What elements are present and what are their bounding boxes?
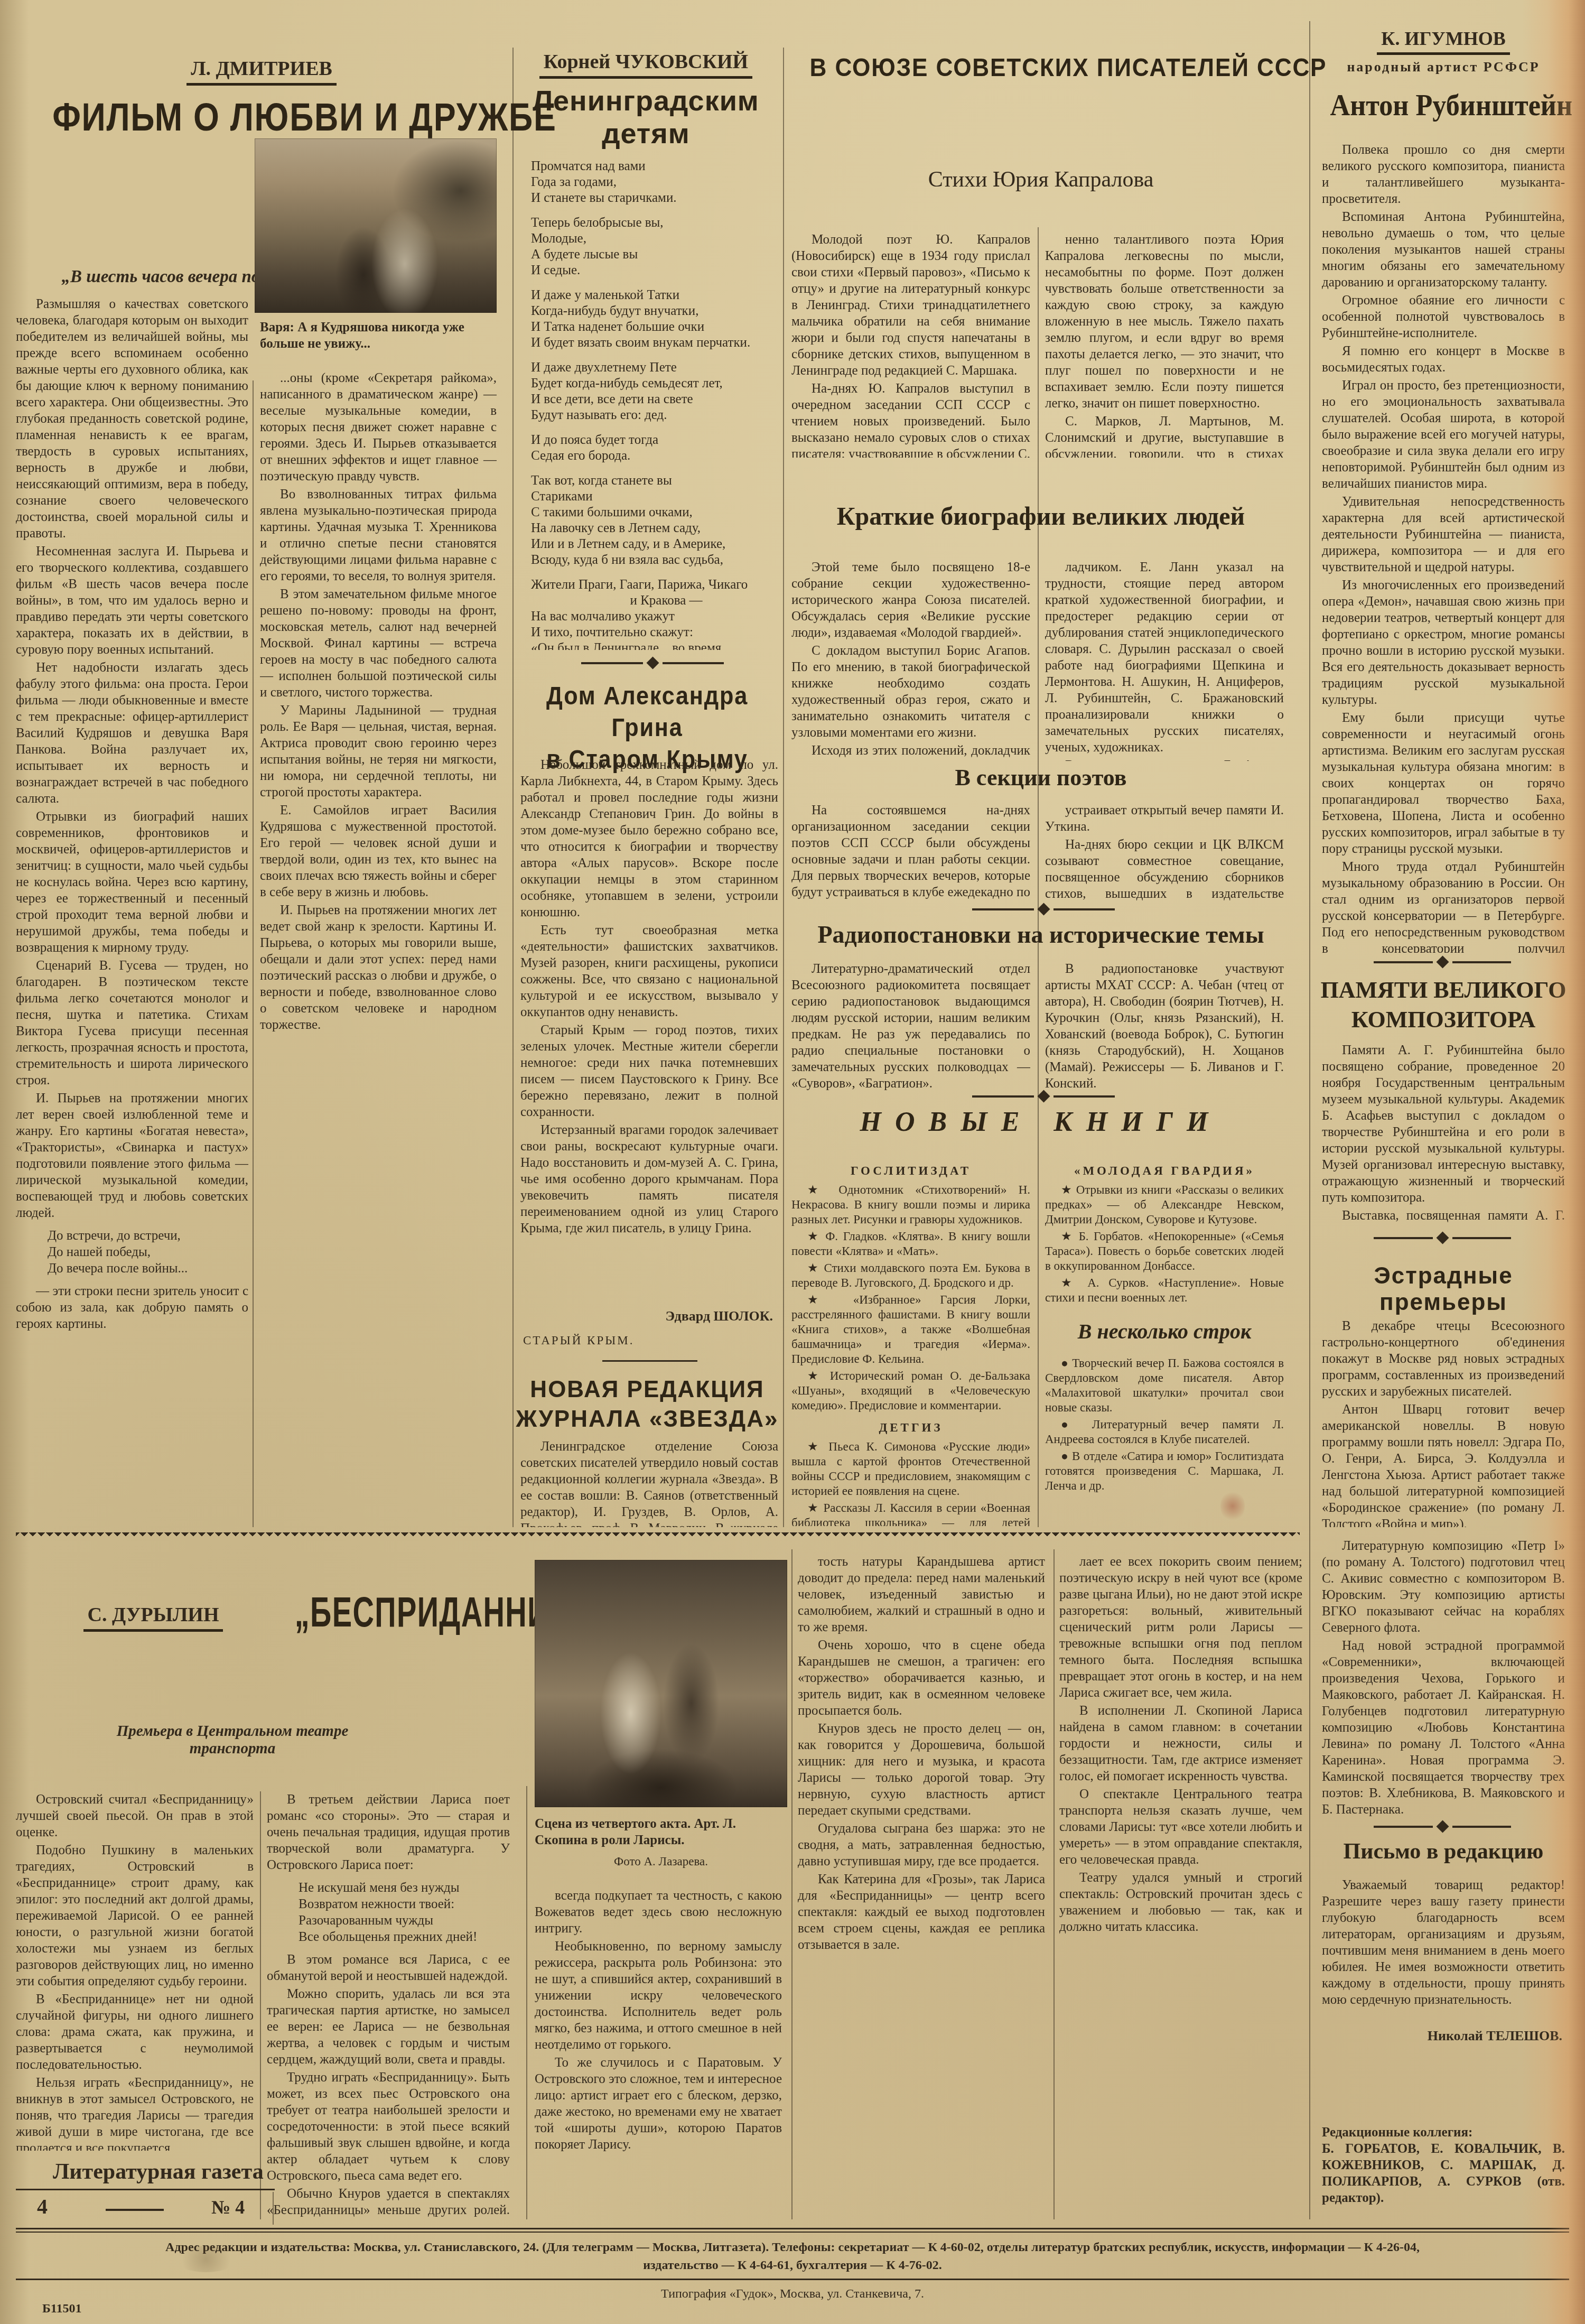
poem-line: Молодые, (531, 231, 777, 247)
book-item: ГОСЛИТИЗДАТ (791, 1164, 1030, 1178)
film-byline-text: Л. ДМИТРИЕВ (187, 58, 337, 86)
footer-rule-left (16, 2189, 275, 2190)
bios-paragraph: В заключительном слове Б. Агапов подвел … (1045, 757, 1284, 761)
rubinstein-paragraph: Вспоминая Антона Рубинштейна, невольно д… (1322, 209, 1565, 291)
column-rule (253, 380, 254, 1527)
film-byline: Л. ДМИТРИЕВ (16, 57, 507, 80)
grin-article-body: Небольшой трехкомнатный дом по ул. Карла… (520, 757, 778, 1306)
poem-line (531, 206, 777, 215)
kapralov-paragraph: ненно талантливого поэта Юрия Капралова … (1045, 231, 1284, 412)
bespr-column-3: всегда подкупает та честность, с какою В… (535, 1888, 782, 2219)
footer-printer: Типография «Гудок», Москва, ул. Станкеви… (53, 2287, 1532, 2301)
new-books-column-1: ГОСЛИТИЗДАТ★ Однотомник «Стихотворений» … (791, 1156, 1030, 1526)
film-paragraph: У Марины Ладыниной — трудная роль. Ее Ва… (260, 702, 497, 801)
rubinstein-paragraph: Огромное обаяние его личности с особенно… (1322, 292, 1565, 341)
film-paragraph: И. Пырьев на протяжении многих лет ведет… (260, 902, 497, 1033)
poem-line: И Татка наденет большие очки (531, 319, 777, 335)
bespr-paragraph: тость натуры Карандышева артист доводит … (798, 1554, 1045, 1635)
letter-signature: Николай ТЕЛЕШОВ. (1322, 2028, 1562, 2044)
column-rule (791, 1549, 792, 2219)
bespr-paragraph: лает ее всех покорить своим пением; поэт… (1059, 1554, 1302, 1701)
ornament-divider (972, 905, 1115, 914)
poem-line: И тихо, почтительно скажут: (531, 625, 777, 640)
poem-line: Промчатся над вами (531, 159, 777, 174)
ssp-section-title: В СОЮЗЕ СОВЕТСКИХ ПИСАТЕЛЕЙ СССР (787, 52, 1294, 85)
film-paragraph: Несомненная заслуга И. Пырьева и его тво… (16, 543, 248, 658)
photo-theatre-scene (535, 1560, 787, 1807)
bios-column-2: ладчиком. Е. Ланн указал на трудности, с… (1045, 559, 1284, 761)
footer-rule (16, 2232, 1569, 2233)
page-number: 4 (37, 2194, 48, 2219)
rubinstein-body: Полвека прошло со дня смерти великого ру… (1322, 142, 1565, 953)
film-article-column-1: Размышляя о качествах советского человек… (16, 296, 248, 1527)
estrada-body-1: В декабре чтецы Всесоюзного гастрольно-к… (1322, 1318, 1565, 1527)
column-rule (512, 48, 514, 1527)
poem-line: и Кракова — (531, 593, 777, 609)
page-edge-shading (1548, 0, 1585, 2324)
poem-line: Будут называть его: дед. (531, 407, 777, 423)
estrada-paragraph: Над новой эстрадной программой «Современ… (1322, 1638, 1565, 1817)
bios-paragraph: Этой теме было посвящено 18-е собрание с… (791, 559, 1030, 641)
poem-line (531, 351, 777, 360)
column-rule (783, 48, 784, 1527)
estrada-paragraph: В декабре чтецы Всесоюзного гастрольно-к… (1322, 1318, 1565, 1400)
poem-line (531, 423, 777, 432)
film-paragraph: Сценарий В. Гусева — труден, но благодар… (16, 958, 248, 1089)
poem-line: Стариками (531, 489, 777, 505)
kapralov-paragraph: С. Марков, Л. Мартынов, М. Слонимский и … (1045, 413, 1284, 458)
footer-rule (16, 2279, 1569, 2280)
book-item: ★ Исторический роман О. де-Бальзака «Шуа… (791, 1369, 1030, 1413)
column-rule (1053, 1549, 1055, 2219)
poem-line: А будете лысые вы (531, 247, 777, 263)
book-item: ★ Б. Горбатов. «Непокоренные» («Семья Та… (1045, 1229, 1284, 1273)
poem-line: Теперь белобрысые вы, (531, 215, 777, 231)
poem-line (531, 568, 777, 577)
poem-line: Так вот, когда станете вы (531, 473, 777, 489)
letter-paragraph: Уважаемый товарищ редактор! Разрешите че… (1322, 1877, 1565, 2008)
radio-title: Радиопостановки на исторические темы (787, 921, 1294, 949)
estrada-body-2: Литературную композицию «Петр I» (по ром… (1322, 1538, 1565, 1817)
ink-stain (1220, 1490, 1245, 1522)
ornament-divider (1374, 958, 1511, 966)
poem-line: И до пояса будет тогда (531, 432, 777, 448)
fewlines-title: В несколько строк (1045, 1319, 1284, 1344)
poem-line: Жители Праги, Гааги, Парижа, Чикаго (531, 577, 777, 593)
film-paragraph: ...оны (кроме «Секретаря райкома», напис… (260, 370, 497, 485)
poem-line: И даже двухлетнему Пете (531, 360, 777, 376)
radio-column-1: Литературно-драматический отдел Всесоюзн… (791, 961, 1030, 1090)
chukovsky-poem: Промчатся над вамиГода за годами,И стане… (531, 159, 777, 650)
grin-paragraph: Истерзанный врагами городок залечивает с… (520, 1122, 778, 1237)
footer-rule (16, 2228, 1569, 2229)
bespr-column-5: лает ее всех покорить своим пением; поэт… (1059, 1554, 1302, 2219)
poem-line: Седая его борода. (531, 448, 777, 464)
poem-line: С такими большими очками, (531, 505, 777, 520)
bespr-paragraph: Необыкновенно, по верному замыслу режисс… (535, 1938, 782, 2053)
bespr-paragraph: То же случилось и с Паратовым. У Островс… (535, 2055, 782, 2153)
zvezda-paragraph: Ленинградское отделение Союза советских … (520, 1438, 778, 1527)
grin-paragraph: Небольшой трехкомнатный дом по ул. Карла… (520, 757, 778, 921)
grin-paragraph: Старый Крым — город поэтов, тихих зелены… (520, 1022, 778, 1120)
bios-column-1: Этой теме было посвящено 18-е собрание с… (791, 559, 1030, 761)
bios-paragraph: ладчиком. Е. Ланн указал на трудности, с… (1045, 559, 1284, 756)
film-paragraph: Отрывки из биографий наших современников… (16, 808, 248, 956)
film-paragraph: Нет надобности излагать здесь фабулу это… (16, 659, 248, 807)
memory-paragraph: Выставка, посвященная памяти А. Г. Рубин… (1322, 1207, 1565, 1224)
letter-title: Письмо в редакцию (1317, 1839, 1570, 1864)
poets-column-2: устраивает открытый вечер памяти И. Утки… (1045, 802, 1284, 901)
paper-crease (174, 2246, 238, 2272)
footer-dash (106, 2209, 164, 2211)
bespr-paragraph: Можно спорить, удалась ли вся эта трагич… (267, 1986, 510, 2068)
estrada-title: Эстрадные премьеры (1317, 1263, 1570, 1316)
film-paragraph: До встречи, до встречи, До нашей победы,… (16, 1228, 248, 1277)
new-books-title: НОВЫЕ КНИГИ (787, 1107, 1294, 1138)
column-rule (1038, 227, 1039, 1527)
grin-signature: Эдвард ШОЛОК. (520, 1308, 773, 1324)
issue-number: № 4 (211, 2196, 245, 2218)
bespr-paragraph: Не искушай меня без нужды Возвратом нежн… (267, 1880, 510, 1945)
radio-column-2: В радиопостановке участвуют артисты МХАТ… (1045, 961, 1284, 1090)
radio-paragraph: Литературно-драматический отдел Всесоюзн… (791, 961, 1030, 1090)
memory-title: ПАМЯТИ ВЕЛИКОГО КОМПОЗИТОРА (1317, 975, 1570, 1035)
poem-line: И будет вязать своим внукам перчатки. (531, 335, 777, 351)
newspaper-page: Л. ДМИТРИЕВ ФИЛЬМ О ЛЮБВИ И ДРУЖБЕ „В ше… (0, 0, 1585, 2324)
zvezda-body: Ленинградское отделение Союза советских … (520, 1438, 778, 1527)
film-photo-caption: Варя: А я Кудряшова никогда уже больше н… (260, 319, 495, 352)
bespr-paragraph: О спектакле Центрального театра транспор… (1059, 1786, 1302, 1868)
ornament-divider (1374, 1822, 1511, 1831)
bespr-paragraph: Огудалова сыграна без шаржа: это не свод… (798, 1820, 1045, 1870)
bespr-column-1: Островский считал «Бесприданницу» лучшей… (16, 1791, 254, 2151)
poets-title: В секции поэтов (787, 764, 1294, 791)
kapralov-column-1: Молодой поэт Ю. Капралов (Новосибирск) е… (791, 231, 1030, 458)
poets-paragraph: На состоявшемся на-днях организационном … (791, 802, 1030, 901)
fewlines-items: ● Творческий вечер П. Бажова состоялся в… (1045, 1356, 1284, 1525)
rubinstein-paragraph: Играл он просто, без претенциозности, но… (1322, 377, 1565, 492)
bespr-column-4: тость натуры Карандышева артист доводит … (798, 1554, 1045, 2219)
bios-paragraph: Исходя из этих положений, докладчик счит… (791, 742, 1030, 761)
poem-line (531, 464, 777, 473)
durylin-byline: С. ДУРЫЛИН (63, 1603, 243, 1626)
poem-line: Будет когда-нибудь семьдесят лет, (531, 376, 777, 392)
rubinstein-paragraph: Много труда отдал Рубинштейн музыкальном… (1322, 859, 1565, 953)
film-headline: ФИЛЬМ О ЛЮБВИ И ДРУЖБЕ (8, 91, 515, 144)
bespridannitsa-subtitle: Премьера в Центральном театре транспорта (79, 1723, 386, 1758)
poem-line: Когда-нибудь будут внучатки, (531, 303, 777, 319)
film-paragraph: И. Пырьев на протяжении многих лет верен… (16, 1090, 248, 1221)
bespridannitsa-headline: „БЕСПРИДАННИЦА“ (227, 1583, 576, 1641)
poem-line: На лавочку сев в Летнем саду, (531, 520, 777, 536)
bespr-paragraph: Обычно Кнуров удается в спектаклях «Бесп… (267, 2186, 510, 2219)
bespr-paragraph: Подобно Пушкину в маленьких трагедиях, О… (16, 1842, 254, 1990)
bios-paragraph: С докладом выступил Борис Агапов. По его… (791, 643, 1030, 741)
poets-paragraph: На-днях бюро секции и ЦК ВЛКСМ созывают … (1045, 836, 1284, 901)
bespr-paragraph: Как Катерина для «Грозы», так Лариса для… (798, 1871, 1045, 1953)
book-item: ★ Стихи молдавского поэта Ем. Букова в п… (791, 1261, 1030, 1290)
footer-code: Б11501 (42, 2302, 82, 2316)
poem-line: И седые. (531, 263, 777, 278)
radio-paragraph: В радиопостановке участвуют артисты МХАТ… (1045, 961, 1284, 1090)
chukovsky-byline: Корней ЧУКОВСКИЙ (515, 50, 777, 73)
rubinstein-paragraph: Полвека прошло со дня смерти великого ру… (1322, 142, 1565, 207)
rubinstein-title: Антон Рубинштейн (1317, 87, 1570, 123)
film-paragraph: Е. Самойлов играет Василия Кудряшова с м… (260, 802, 497, 900)
ornament-divider (972, 1092, 1115, 1101)
kapralov-column-2: ненно талантливого поэта Юрия Капралова … (1045, 231, 1284, 458)
poem-line: «Он был в Ленинграде... во время (531, 640, 777, 650)
book-item: ★ А. Сурков. «Наступление». Новые стихи … (1045, 1276, 1284, 1305)
book-item: ★ Ф. Гладков. «Клятва». В книгу вошли по… (791, 1229, 1030, 1259)
ornament-divider (1374, 1233, 1511, 1242)
kapralov-title: Стихи Юрия Капралова (787, 167, 1294, 192)
poets-paragraph: устраивает открытый вечер памяти И. Утки… (1045, 802, 1284, 835)
masthead: Литературная газета (53, 2159, 349, 2184)
editorial-board: Редакционные коллегия: Б. ГОРБАТОВ, Е. К… (1322, 2124, 1565, 2206)
igumnov-byline: К. ИГУМНОВ (1317, 27, 1570, 50)
theatre-photo-caption: Сцена из четвертого акта. Арт. Л. Скопин… (535, 1816, 787, 1848)
book-item: ДЕТГИЗ (791, 1420, 1030, 1435)
kapralov-paragraph: На-днях Ю. Капралов выступил в очередном… (791, 380, 1030, 458)
bespr-paragraph: Кнуров здесь не просто делец — он, как г… (798, 1721, 1045, 1819)
kapralov-paragraph: Молодой поэт Ю. Капралов (Новосибирск) е… (791, 231, 1030, 379)
memory-paragraph: Памяти А. Г. Рубинштейна было посвящено … (1322, 1042, 1565, 1206)
bespr-paragraph: Очень хорошо, что в сцене обеда Карандыш… (798, 1637, 1045, 1719)
rubinstein-paragraph: Удивительная непосредственность характер… (1322, 494, 1565, 575)
footer-address-1: Адрес редакции и издательства: Москва, у… (53, 2241, 1532, 2255)
column-rule (1309, 21, 1310, 2219)
column-rule (260, 1791, 261, 2219)
film-paragraph: Размышляя о качествах советского человек… (16, 296, 248, 542)
bespr-paragraph: В «Бесприданнице» нет ни одной случайной… (16, 1991, 254, 2073)
letter-body: Уважаемый товарищ редактор! Разрешите че… (1322, 1877, 1565, 2025)
memory-body: Памяти А. Г. Рубинштейна было посвящено … (1322, 1042, 1565, 1224)
bespr-paragraph: В исполнении Л. Скопиной Лариса найдена … (1059, 1703, 1302, 1784)
grin-paragraph: Есть тут своеобразная метка «деятельност… (520, 922, 778, 1020)
film-article-column-2: ...оны (кроме «Секретаря райкома», напис… (260, 370, 497, 1527)
bespr-paragraph: Нельзя играть «Бесприданницу», не вникну… (16, 2075, 254, 2151)
editorial-board-names: Б. ГОРБАТОВ, Е. КОВАЛЬЧИК, В. КОЖЕВНИКОВ… (1322, 2141, 1565, 2206)
igumnov-role: народный артист РСФСР (1317, 59, 1570, 75)
grin-placeline: СТАРЫЙ КРЫМ. (523, 1334, 734, 1347)
new-books-column-2: «МОЛОДАЯ ГВАРДИЯ»★ Отрывки из книги «Рас… (1045, 1156, 1284, 1309)
rubinstein-paragraph: Ему были присущи чутье современности и н… (1322, 710, 1565, 857)
bespr-paragraph: Островский считал «Бесприданницу» лучшей… (16, 1791, 254, 1840)
book-item: «МОЛОДАЯ ГВАРДИЯ» (1045, 1164, 1284, 1178)
book-item: ★ Однотомник «Стихотворений» Н. Некрасов… (791, 1183, 1030, 1227)
estrada-paragraph: Литературную композицию «Петр I» (по ром… (1322, 1538, 1565, 1636)
column-rule (273, 2192, 274, 2225)
editorial-board-label: Редакционные коллегия: (1322, 2124, 1565, 2141)
poem-line: И даже у маленькой Татки (531, 287, 777, 303)
poem-line: На вас молчаливо укажут (531, 609, 777, 625)
film-paragraph: В этом замечательном фильме многое решен… (260, 586, 497, 701)
zvezda-title: НОВАЯ РЕДАКЦИЯ ЖУРНАЛА «ЗВЕЗДА» (515, 1375, 779, 1434)
book-item: ★ «Избранное» Гарсия Лорки, расстрелянно… (791, 1293, 1030, 1366)
rubinstein-paragraph: Из многочисленных его произведений опера… (1322, 577, 1565, 708)
book-item: ★ Пьеса К. Симонова «Русские люди» вышла… (791, 1439, 1030, 1499)
zigzag-divider (16, 1532, 1300, 1540)
fewlines-item: ● Литературный вечер памяти Л. Андреева … (1045, 1417, 1284, 1447)
bespr-paragraph: В этом романсе вся Лариса, с ее обмануто… (267, 1951, 510, 1984)
poem-line: Или и в Летнем саду, и в Америке, (531, 536, 777, 552)
bespr-column-2: В третьем действии Лариса поет романс «с… (267, 1791, 510, 2219)
estrada-paragraph: Антон Шварц готовит вечер американской н… (1322, 1401, 1565, 1527)
book-item: ★ Отрывки из книги «Рассказы о великих п… (1045, 1183, 1284, 1227)
bios-title: Краткие биографии великих людей (787, 502, 1294, 531)
column-rule (526, 1786, 527, 2219)
bespr-paragraph: всегда подкупает та честность, с какою В… (535, 1888, 782, 1937)
poem-line: Года за годами, (531, 174, 777, 190)
poem-line: Всюду, куда б ни взяла вас судьба, (531, 552, 777, 568)
thin-rule (602, 1360, 697, 1362)
chukovsky-title: Ленинградским детям (515, 85, 777, 150)
bespr-paragraph: Театру удался умный и строгий спектакль:… (1059, 1870, 1302, 1935)
poem-line: И все дети, все дети на свете (531, 392, 777, 407)
photo-credit: Фото А. Лазарева. (535, 1855, 787, 1869)
film-paragraph: — эти строки песни зритель уносит с собо… (16, 1283, 248, 1332)
ornament-divider (581, 658, 724, 667)
bespr-paragraph: В третьем действии Лариса поет романс «с… (267, 1791, 510, 1873)
film-paragraph: Во взволнованных титрах фильма явлена му… (260, 486, 497, 584)
rubinstein-paragraph: Я помню его концерт в Москве в восьмидес… (1322, 343, 1565, 376)
fewlines-item: ● В отделе «Сатира и юмор» Гослитиздата … (1045, 1449, 1284, 1493)
poem-line: И станете вы старичками. (531, 190, 777, 206)
poem-line (531, 278, 777, 287)
footer-address-2: издательство — К 4-64-61, бухгалтерия — … (53, 2258, 1532, 2273)
book-item: ★ Рассказы Л. Кассиля в серии «Военная б… (791, 1501, 1030, 1526)
photo-film-still (255, 138, 497, 313)
poets-column-1: На состоявшемся на-днях организационном … (791, 802, 1030, 901)
fewlines-item: ● Творческий вечер П. Бажова состоялся в… (1045, 1356, 1284, 1415)
